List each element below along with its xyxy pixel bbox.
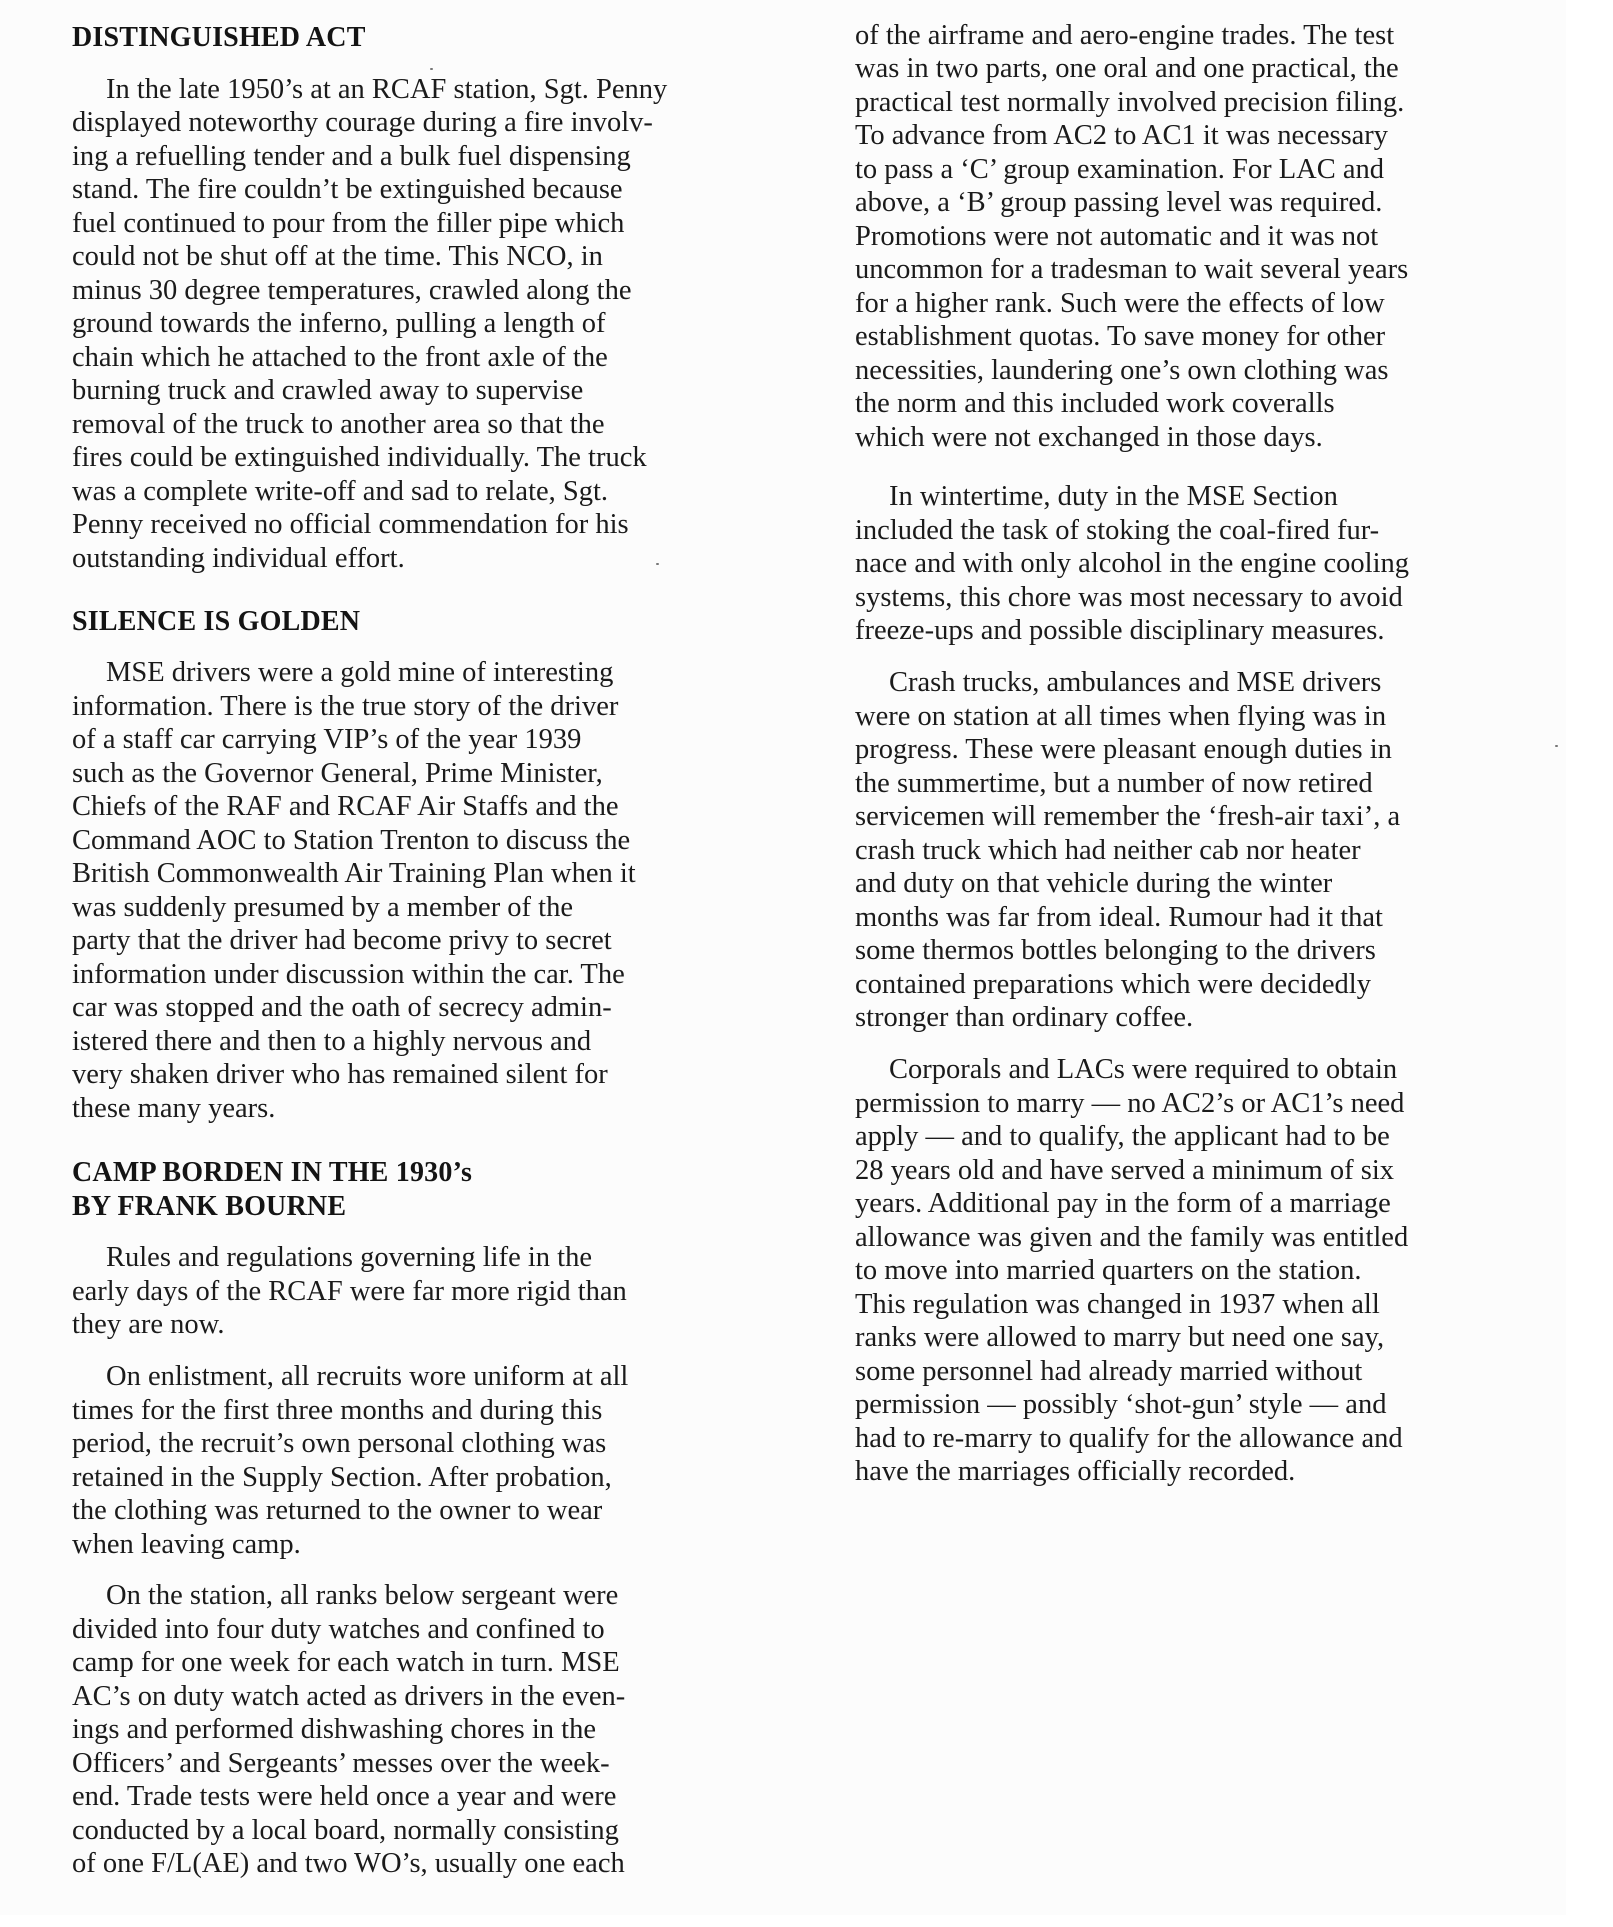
text-line: was suddenly presumed by a member of the [72,891,573,925]
text-line: minus 30 degree temperatures, crawled al… [72,274,632,308]
text-line: allowance was given and the family was e… [855,1221,1408,1255]
text-line: have the marriages officially recorded. [855,1455,1295,1489]
text-line: for a higher rank. Such were the effects… [855,287,1385,321]
scan-speck [430,68,433,70]
text-line: stronger than ordinary coffee. [855,1001,1193,1035]
text-line: practical test normally involved precisi… [855,86,1404,120]
text-line: early days of the RCAF were far more rig… [72,1275,627,1309]
text-line: were on station at all times when flying… [855,700,1386,734]
text-line: chain which he attached to the front axl… [72,341,608,375]
text-line: ings and performed dishwashing chores in… [72,1713,596,1747]
text-line: AC’s on duty watch acted as drivers in t… [72,1680,625,1714]
text-line: permission to marry — no AC2’s or AC1’s … [855,1087,1404,1121]
text-line: istered there and then to a highly nervo… [72,1025,591,1059]
scan-speck [656,563,659,565]
text-line: some personnel had already married witho… [855,1355,1362,1389]
text-line: of the airframe and aero-engine trades. … [855,19,1394,53]
text-line: establishment quotas. To save money for … [855,320,1385,354]
text-line: was in two parts, one oral and one pract… [855,52,1399,86]
text-line: Rules and regulations governing life in … [106,1241,592,1275]
text-line: and duty on that vehicle during the wint… [855,867,1332,901]
text-line: uncommon for a tradesman to wait several… [855,253,1408,287]
text-line: end. Trade tests were held once a year a… [72,1780,616,1814]
text-line: Crash trucks, ambulances and MSE drivers [889,666,1381,700]
text-line: stand. The fire couldn’t be extinguished… [72,173,623,207]
text-line: Penny received no official commendation … [72,508,629,542]
text-line: they are now. [72,1308,224,1342]
text-line: when leaving camp. [72,1528,301,1562]
text-line: times for the first three months and dur… [72,1394,602,1428]
text-line: servicemen will remember the ‘fresh-air … [855,800,1400,834]
text-line: Chiefs of the RAF and RCAF Air Staffs an… [72,790,619,824]
text-line: To advance from AC2 to AC1 it was necess… [855,119,1388,153]
heading-distinguished-act: DISTINGUISHED ACT [72,21,366,55]
text-line: crash truck which had neither cab nor he… [855,834,1361,868]
text-line: Promotions were not automatic and it was… [855,220,1378,254]
text-line: fuel continued to pour from the filler p… [72,207,624,241]
text-line: these many years. [72,1092,275,1126]
text-line: which were not exchanged in those days. [855,421,1323,455]
text-line: of a staff car carrying VIP’s of the yea… [72,723,581,757]
text-line: car was stopped and the oath of secrecy … [72,991,612,1025]
text-line: months was far from ideal. Rumour had it… [855,901,1383,935]
text-line: ranks were allowed to marry but need one… [855,1321,1384,1355]
text-line: party that the driver had become privy t… [72,924,612,958]
text-line: had to re-marry to qualify for the allow… [855,1422,1403,1456]
text-line: nace and with only alcohol in the engine… [855,547,1409,581]
text-line: such as the Governor General, Prime Mini… [72,757,603,791]
text-line: outstanding individual effort. [72,542,405,576]
text-line: years. Additional pay in the form of a m… [855,1187,1391,1221]
heading-silence-is-golden: SILENCE IS GOLDEN [72,605,360,639]
text-line: systems, this chore was most necessary t… [855,581,1403,615]
text-line: removal of the truck to another area so … [72,408,605,442]
text-line: British Commonwealth Air Training Plan w… [72,857,636,891]
text-line: very shaken driver who has remained sile… [72,1058,608,1092]
text-line: MSE drivers were a gold mine of interest… [106,656,613,690]
text-line: included the task of stoking the coal-fi… [855,514,1379,548]
text-line: 28 years old and have served a minimum o… [855,1154,1394,1188]
text-line: of one F/L(AE) and two WO’s, usually one… [72,1847,625,1881]
text-line: burning truck and crawled away to superv… [72,374,583,408]
text-line: to pass a ‘C’ group examination. For LAC… [855,153,1384,187]
text-line: retained in the Supply Section. After pr… [72,1461,612,1495]
text-line: information under discussion within the … [72,958,625,992]
text-line: Command AOC to Station Trenton to discus… [72,824,630,858]
text-line: In wintertime, duty in the MSE Section [889,480,1338,514]
heading-byline-frank-bourne: BY FRANK BOURNE [72,1190,346,1224]
text-line: ground towards the inferno, pulling a le… [72,307,605,341]
text-line: freeze-ups and possible disciplinary mea… [855,614,1384,648]
text-line: necessities, laundering one’s own clothi… [855,354,1388,388]
text-line: conducted by a local board, normally con… [72,1814,619,1848]
text-line: This regulation was changed in 1937 when… [855,1288,1380,1322]
text-line: some thermos bottles belonging to the dr… [855,934,1376,968]
text-line: ing a refuelling tender and a bulk fuel … [72,140,631,174]
text-line: period, the recruit’s own personal cloth… [72,1427,606,1461]
text-line: divided into four duty watches and confi… [72,1613,605,1647]
text-line: contained preparations which were decide… [855,968,1371,1002]
text-line: was a complete write-off and sad to rela… [72,475,608,509]
text-line: information. There is the true story of … [72,690,618,724]
text-line: On the station, all ranks below sergeant… [106,1579,618,1613]
text-line: In the late 1950’s at an RCAF station, S… [106,73,667,107]
text-line: the clothing was returned to the owner t… [72,1494,602,1528]
text-line: progress. These were pleasant enough dut… [855,733,1392,767]
text-line: displayed noteworthy courage during a fi… [72,106,653,140]
scan-speck [1555,745,1558,747]
text-line: apply — and to qualify, the applicant ha… [855,1120,1390,1154]
text-line: Officers’ and Sergeants’ messes over the… [72,1747,610,1781]
text-line: fires could be extinguished individually… [72,441,647,475]
text-line: to move into married quarters on the sta… [855,1254,1362,1288]
text-line: Corporals and LACs were required to obta… [889,1053,1397,1087]
text-line: could not be shut off at the time. This … [72,240,603,274]
text-line: permission — possibly ‘shot-gun’ style —… [855,1388,1386,1422]
text-line: above, a ‘B’ group passing level was req… [855,186,1382,220]
heading-camp-borden: CAMP BORDEN IN THE 1930’s [72,1156,472,1190]
text-line: the summertime, but a number of now reti… [855,767,1373,801]
scanned-document-page: DISTINGUISHED ACT In the late 1950’s at … [0,0,1566,1915]
text-line: the norm and this included work coverall… [855,387,1335,421]
text-line: camp for one week for each watch in turn… [72,1646,620,1680]
text-line: On enlistment, all recruits wore uniform… [106,1360,628,1394]
